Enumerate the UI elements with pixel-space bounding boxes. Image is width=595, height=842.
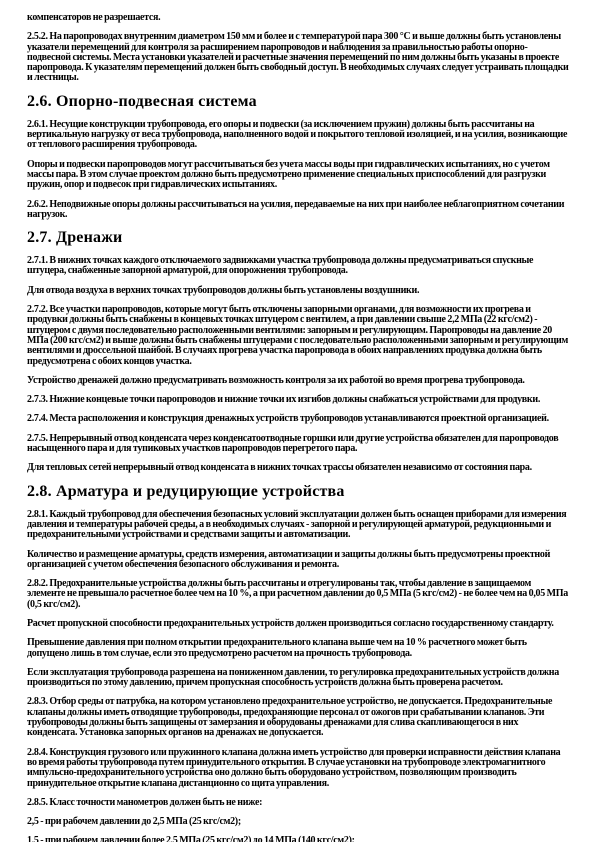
- paragraph-2-8-4: 2.8.4. Конструкция грузового или пружинн…: [27, 748, 570, 789]
- paragraph-compensators: компенсаторов не разрешается.: [27, 13, 570, 23]
- paragraph-drainage-control: Устройство дренажей должно предусматрива…: [27, 376, 570, 386]
- paragraph-2-7-5: 2.7.5. Непрерывный отвод конденсата чере…: [27, 434, 570, 455]
- paragraph-accuracy-class-15: 1,5 - при рабочем давлении более 2,5 МПа…: [27, 836, 570, 842]
- paragraph-fittings-placement: Количество и размещение арматуры, средст…: [27, 550, 570, 571]
- paragraph-2-7-2: 2.7.2. Все участки паропроводов, которые…: [27, 305, 570, 367]
- section-heading-2-6: 2.6. Опорно-подвесная система: [27, 93, 570, 110]
- paragraph-2-5-2: 2.5.2. На паропроводах внутренним диамет…: [27, 32, 570, 83]
- section-heading-2-7: 2.7. Дренажи: [27, 229, 570, 246]
- paragraph-2-8-5: 2.8.5. Класс точности манометров должен …: [27, 798, 570, 808]
- paragraph-2-7-4: 2.7.4. Места расположения и конструкция …: [27, 414, 570, 424]
- paragraph-2-6-1: 2.6.1. Несущие конструкции трубопровода,…: [27, 120, 570, 151]
- paragraph-2-8-1: 2.8.1. Каждый трубопровод для обеспечени…: [27, 510, 570, 541]
- paragraph-2-7-1: 2.7.1. В нижних точках каждого отключаем…: [27, 256, 570, 277]
- paragraph-2-8-2: 2.8.2. Предохранительные устройства долж…: [27, 579, 570, 610]
- paragraph-pressure-excess: Превышение давления при полном открытии …: [27, 638, 570, 659]
- paragraph-2-8-3: 2.8.3. Отбор среды от патрубка, на котор…: [27, 697, 570, 738]
- paragraph-accuracy-class-25: 2,5 - при рабочем давлении до 2,5 МПа (2…: [27, 817, 570, 827]
- paragraph-heat-networks: Для тепловых сетей непрерывный отвод кон…: [27, 463, 570, 473]
- document-page: компенсаторов не разрешается. 2.5.2. На …: [0, 0, 595, 842]
- paragraph-2-6-2: 2.6.2. Неподвижные опоры должны рассчиты…: [27, 200, 570, 221]
- paragraph-2-7-3: 2.7.3. Нижние концевые точки паропроводо…: [27, 395, 570, 405]
- section-heading-2-8: 2.8. Арматура и редуцирующие устройства: [27, 483, 570, 500]
- paragraph-capacity-calc: Расчет пропускной способности предохрани…: [27, 619, 570, 629]
- paragraph-air-vents: Для отвода воздуха в верхних точках труб…: [27, 286, 570, 296]
- paragraph-reduced-pressure: Если эксплуатация трубопровода разрешена…: [27, 668, 570, 689]
- paragraph-supports-hangers: Опоры и подвески паропроводов могут расс…: [27, 160, 570, 191]
